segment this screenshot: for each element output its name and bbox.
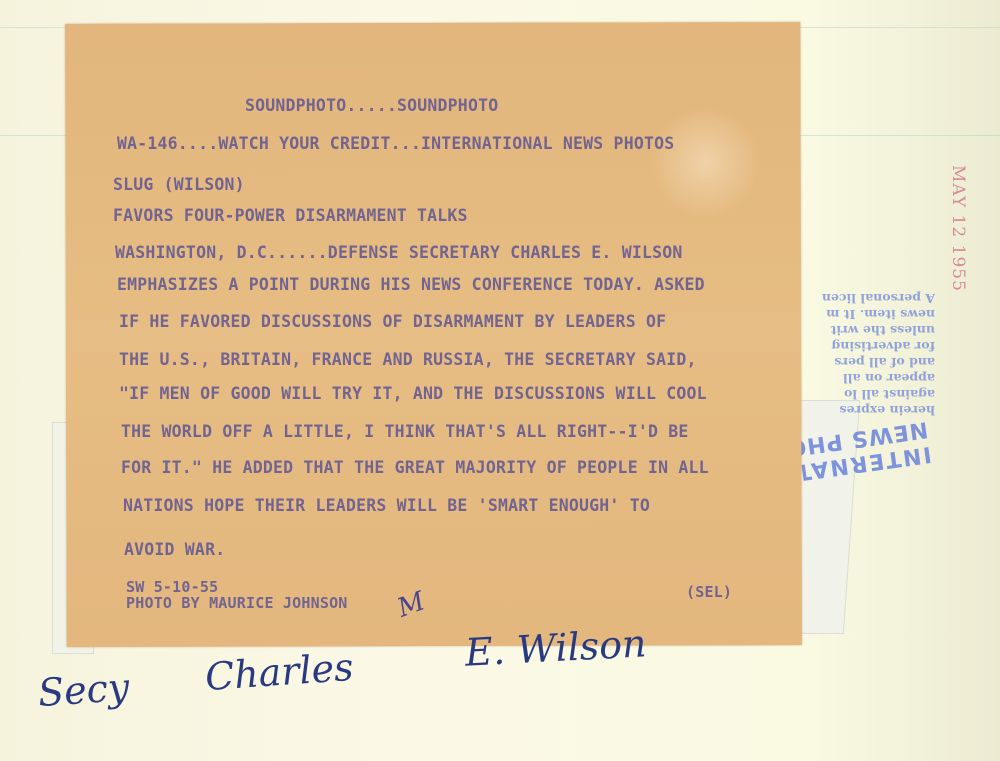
body-line: NATIONS HOPE THEIR LEADERS WILL BE 'SMAR… [123,496,650,515]
license-notice-stamp: herein expres against all lo appear on a… [795,290,935,418]
license-line: and of all pers [795,354,935,370]
operator-code: (SEL) [686,583,732,601]
body-line: EMPHASIZES A POINT DURING HIS NEWS CONFE… [117,275,705,294]
received-date-stamp: MAY 12 1955 [948,165,968,292]
body-line: THE U.S., BRITAIN, FRANCE AND RUSSIA, TH… [119,350,697,369]
slug-line: SLUG (WILSON) [113,175,245,194]
license-line: herein expres [795,402,935,418]
license-line: appear on all [795,370,935,386]
body-line: IF HE FAVORED DISCUSSIONS OF DISARMAMENT… [119,312,666,331]
signature-title: Secy [37,665,131,715]
license-line: for advertising [795,338,935,354]
body-line: "IF MEN OF GOOD WILL TRY IT, AND THE DIS… [119,384,707,403]
license-line: A personal licen [795,290,935,306]
license-line: news item. It m [795,306,935,322]
photographer-credit: PHOTO BY MAURICE JOHNSON [126,594,348,612]
body-line: WASHINGTON, D.C......DEFENSE SECRETARY C… [115,243,683,262]
headline: FAVORS FOUR-POWER DISARMAMENT TALKS [113,206,468,225]
caption-header: SOUNDPHOTO.....SOUNDPHOTO [245,96,498,115]
body-line: FOR IT." HE ADDED THAT THE GREAT MAJORIT… [121,458,709,477]
license-line: against all lo [795,386,935,402]
body-line: THE WORLD OFF A LITTLE, I THINK THAT'S A… [121,422,689,441]
license-line: unless the writ [795,322,935,338]
body-line: AVOID WAR. [124,540,225,559]
credit-line: WA-146....WATCH YOUR CREDIT...INTERNATIO… [117,134,674,153]
